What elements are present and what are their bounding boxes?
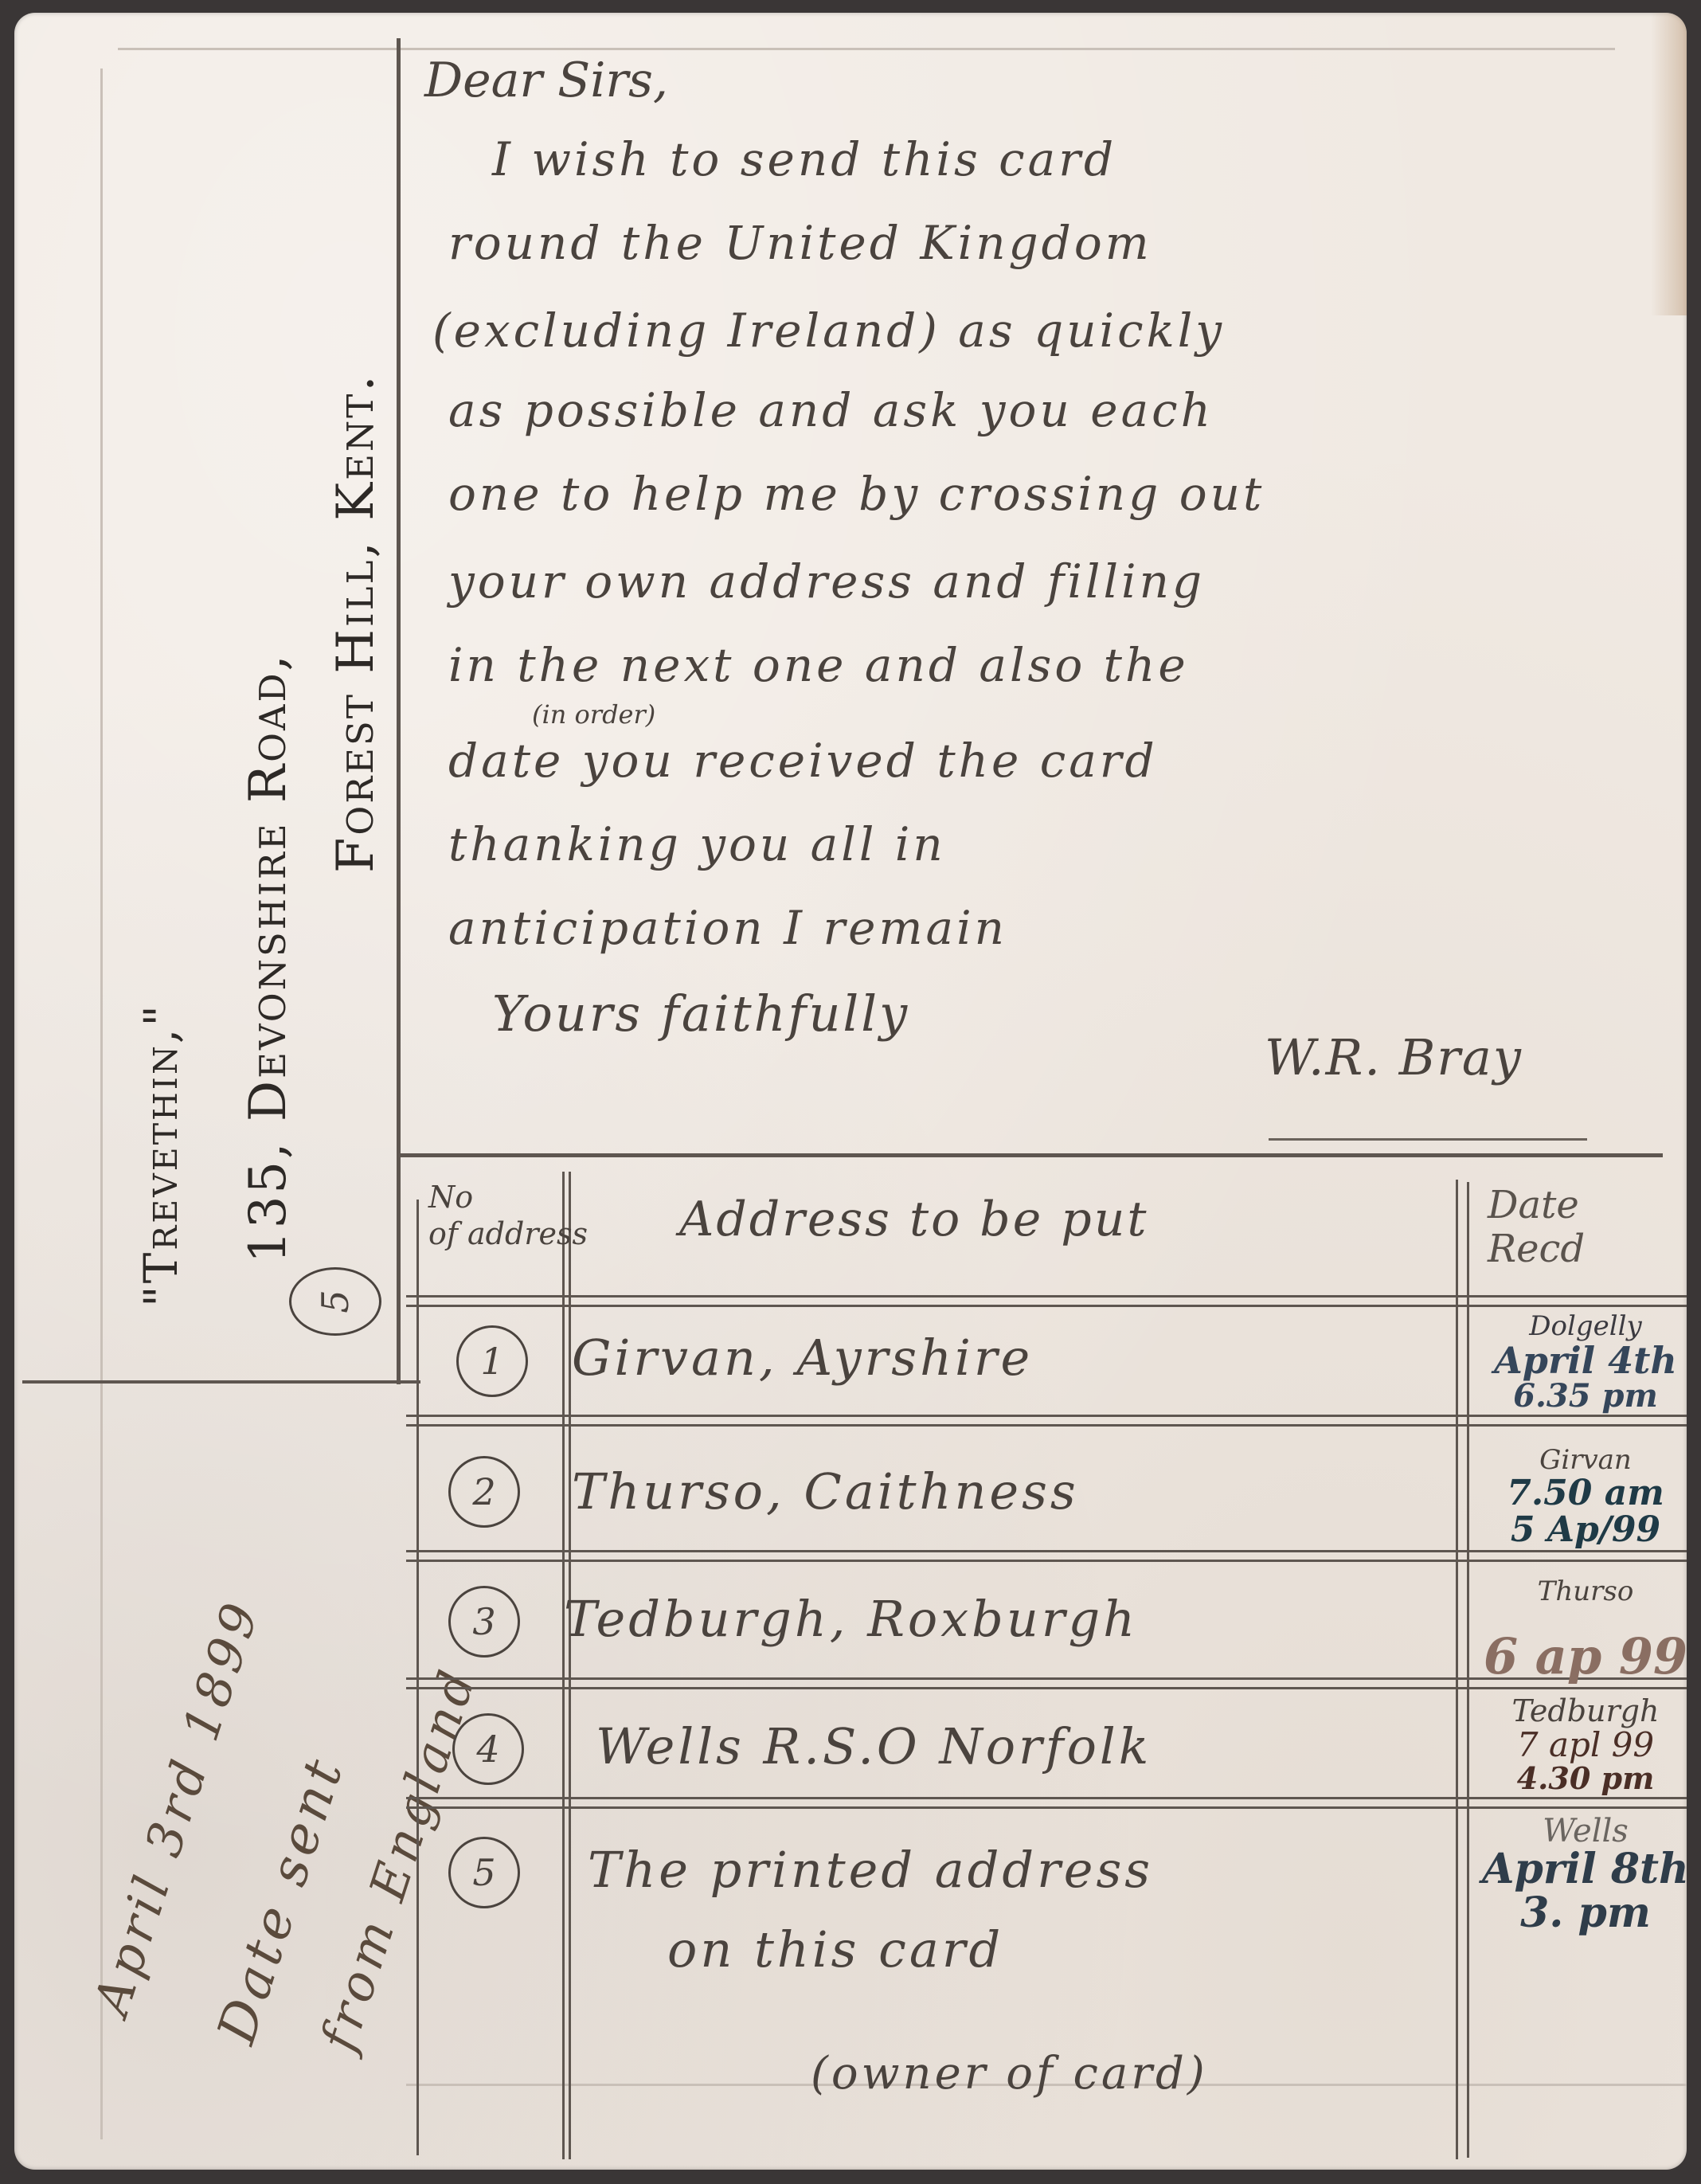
printed-town: Forest Hill, Kent. [327,373,385,873]
row-1-number: 1 [456,1325,528,1397]
row-5-address-line2: on this card [667,1920,1003,1979]
header-date-line1: Date [1488,1184,1585,1227]
row-4-number: 4 [452,1713,524,1785]
street-text: 135, Devonshire Road, [239,652,298,1263]
row-4-date-line1: 7 apl 99 [1478,1728,1687,1763]
letter-line-5: one to help me by crossing out [448,467,1265,521]
guide-line-left [100,68,103,2139]
row-5-date: Wells April 8th 3. pm [1478,1814,1687,1935]
row-1-address: Girvan, Ayrshire [572,1329,1033,1387]
row-4-number-text: 4 [476,1728,499,1771]
letter-line-3: (excluding Ireland) as quickly [432,303,1225,358]
row-3-number: 3 [448,1586,520,1658]
header-number-line2: of address [428,1216,588,1253]
signature-underline [1269,1138,1587,1141]
row-5-number-text: 5 [472,1851,495,1894]
row-1-date: Dolgelly April 4th 6.35 pm [1478,1313,1687,1413]
row-1-date-place: Dolgelly [1478,1313,1687,1341]
letter-line-10: anticipation I remain [448,901,1007,955]
row-1-number-text: 1 [480,1340,503,1383]
row-5-number: 5 [448,1837,520,1908]
row-2-date: Girvan 7.50 am 5 Ap/99 [1478,1446,1687,1548]
row-divider-1a [406,1415,1687,1417]
row-5-date-place: Wells [1478,1814,1687,1848]
row-divider-4b [406,1806,1687,1809]
header-date: Date Recd [1488,1184,1585,1271]
row-4-address: Wells R.S.O Norfolk [596,1717,1152,1775]
letter-line-7: in the next one and also the [448,638,1189,692]
letter-line-4: as possible and ask you each [448,383,1214,437]
row-4-date-line2: 4.30 pm [1478,1763,1687,1795]
row-3-address: Tedburgh, Roxburgh [564,1590,1138,1648]
header-date-line2: Recd [1488,1227,1585,1271]
col-date-line-a [1456,1180,1458,2159]
row-5-address-line3: (owner of card) [811,2048,1208,2100]
guide-line-top [118,48,1615,50]
row-divider-1b [406,1424,1687,1427]
row-3-date-line1: 6 ap 99 [1478,1630,1687,1682]
row-2-number-text: 2 [472,1470,495,1513]
row-divider-2b [406,1560,1687,1562]
letter-line-1: I wish to send this card [492,132,1116,186]
letter-line-9: thanking you all in [448,817,946,871]
row-2-date-place: Girvan [1478,1446,1687,1475]
row-5-date-line1: April 8th [1478,1848,1687,1892]
letter-salutation: Dear Sirs, [424,53,668,108]
letter-signature: W.R. Bray [1265,1028,1523,1086]
letter-line-2: round the United Kingdom [448,216,1152,270]
letter-insertion-in-order: (in order) [532,699,655,730]
address-panel-bottom-line [22,1380,420,1384]
row-5-address-line1: The printed address [588,1841,1153,1899]
row-divider-3b [406,1687,1687,1689]
row-divider-4a [406,1797,1687,1799]
row-2-address: Thurso, Caithness [572,1462,1079,1521]
letter-closing: Yours faithfully [492,984,909,1043]
postcard: "Trevethin," 135, Devonshire Road, Fores… [14,13,1687,2170]
address-divider [397,38,401,1384]
printed-house-name: "Trevethin," [134,1003,188,1307]
row-4-date: Tedburgh 7 apl 99 4.30 pm [1478,1696,1687,1795]
circled-number-text: 5 [314,1290,357,1313]
row-5-date-line2: 3. pm [1478,1892,1687,1935]
row-1-date-line2: 6.35 pm [1478,1380,1687,1413]
table-header-line-2 [406,1305,1687,1307]
row-3-number-text: 3 [472,1600,495,1643]
col-number-line-a [562,1172,565,2159]
row-2-date-line1: 7.50 am [1478,1475,1687,1512]
house-name-text: "Trevethin," [134,1003,188,1307]
table-top-line [397,1153,1663,1157]
header-number: No of address [428,1180,588,1252]
col-left-line [416,1200,419,2155]
row-2-date-line2: 5 Ap/99 [1478,1512,1687,1548]
row-3-date: Thurso 6 ap 99 [1478,1578,1687,1682]
letter-line-8: date you received the card [448,734,1158,788]
col-date-line-b [1467,1182,1469,2158]
header-number-line1: No [428,1180,588,1216]
row-1-date-line1: April 4th [1478,1341,1687,1380]
col-number-line-b [569,1172,571,2159]
row-3-date-place: Thurso [1478,1578,1687,1607]
row-4-date-place: Tedburgh [1478,1696,1687,1728]
table-header-line-1 [406,1295,1687,1297]
header-address: Address to be put [679,1192,1148,1247]
circled-number-5: 5 [289,1267,381,1336]
row-2-number: 2 [448,1456,520,1528]
edge-stain [1651,13,1687,315]
letter-line-6: your own address and filling [448,554,1205,609]
printed-street: 135, Devonshire Road, [239,652,298,1263]
row-divider-2a [406,1550,1687,1552]
town-text: Forest Hill, Kent. [327,373,385,873]
